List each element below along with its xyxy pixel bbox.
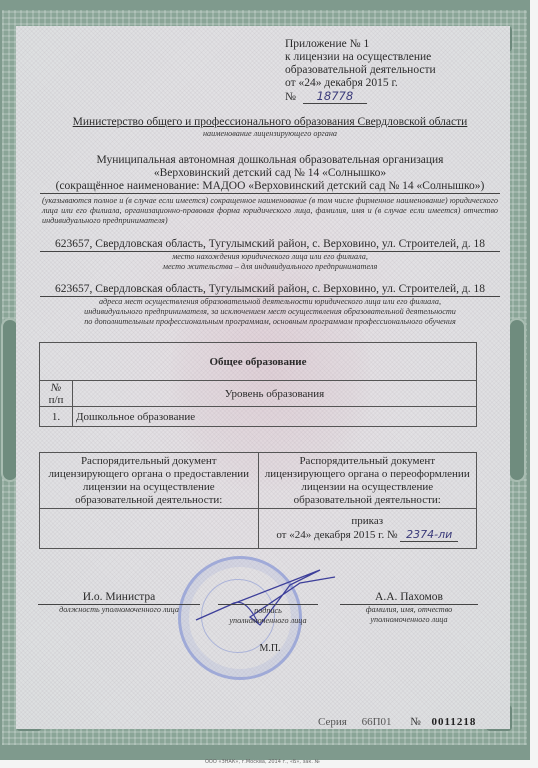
education-table: Общее образование № п/п Уровень образова… [39, 342, 477, 427]
authority-caption: наименование лицензирующего органа [40, 129, 500, 139]
authority-block: Министерство общего и профессионального … [40, 116, 500, 139]
series-block: Серия 66П01 № 0011218 [318, 716, 476, 728]
name-block: А.А. Пахомов фамилия, имя, отчество упол… [340, 591, 478, 625]
grant-document-value [40, 509, 259, 549]
appendix-date: от «24» декабря 2015 г. [285, 77, 485, 90]
print-footer: ООО «ЗНАК», г.Москва, 2014 г., «Б», зак.… [205, 759, 320, 765]
legal-address-value: 623657, Свердловская область, Тугулымски… [40, 238, 500, 252]
activity-address-caption-2: индивидуального предпринимателя, за искл… [40, 307, 500, 317]
reissue-document-type: приказ [262, 515, 474, 528]
activity-address-block: 623657, Свердловская область, Тугулымски… [40, 283, 500, 327]
row-level: Дошкольное образование [73, 407, 477, 427]
name-caption-2: уполномоченного лица [340, 615, 478, 625]
reissue-document-number-handwritten: 2374-ли [400, 528, 458, 542]
legal-address-caption-2: место жительства – для индивидуального п… [40, 262, 500, 272]
column-header-level: Уровень образования [73, 381, 477, 407]
activity-address-caption-3: по дополнительным профессиональным прогр… [40, 317, 500, 327]
organization-block: Муниципальная автономная дошкольная обра… [40, 154, 500, 194]
appendix-line-1: Приложение № 1 [285, 38, 485, 51]
series-value: 66П01 [362, 716, 392, 728]
signature-caption-1: подпись [218, 606, 318, 616]
seal-label: М.П. [240, 643, 300, 654]
reissue-document-header: Распорядительный документ лицензирующего… [258, 453, 477, 509]
signature-caption-2: уполномоченного лица [218, 616, 318, 626]
appendix-number-row: № 18778 [285, 90, 485, 104]
organization-caption: (указываются полное и (в случае если име… [42, 196, 498, 226]
side-ornament-right [510, 320, 524, 480]
series-number-value: 0011218 [432, 716, 477, 728]
authority-name: Министерство общего и профессионального … [40, 116, 500, 129]
side-ornament-left [3, 320, 17, 480]
appendix-line-3: образовательной деятельности [285, 64, 485, 77]
appendix-number-handwritten: 18778 [303, 90, 367, 104]
appendix-header: Приложение № 1 к лицензии на осуществлен… [285, 38, 485, 104]
organization-name-quoted: «Верховинский детский сад № 14 «Солнышко… [40, 167, 500, 180]
activity-address-caption-1: адреса мест осуществления образовательно… [40, 297, 500, 307]
documents-table: Распорядительный документ лицензирующего… [39, 452, 477, 549]
position-caption: должность уполномоченного лица [38, 605, 200, 615]
grant-document-header: Распорядительный документ лицензирующего… [40, 453, 259, 509]
column-header-number: № п/п [40, 381, 73, 407]
reissue-document-date: от «24» декабря 2015 г. № [276, 529, 397, 541]
row-number: 1. [40, 407, 73, 427]
legal-address-block: 623657, Свердловская область, Тугулымски… [40, 238, 500, 272]
reissue-document-value: приказ от «24» декабря 2015 г. № 2374-ли [258, 509, 477, 549]
organization-short-name: (сокращённое наименование: МАДОО «Верхов… [40, 180, 500, 194]
signature-block: подпись уполномоченного лица [218, 604, 318, 626]
organization-full-name: Муниципальная автономная дошкольная обра… [40, 154, 500, 167]
position-value: И.о. Министра [38, 591, 200, 605]
series-number-label: № [410, 716, 421, 728]
position-block: И.о. Министра должность уполномоченного … [38, 591, 200, 615]
table-row: 1. Дошкольное образование [40, 407, 477, 427]
name-caption-1: фамилия, имя, отчество [340, 605, 478, 615]
name-value: А.А. Пахомов [340, 591, 478, 605]
appendix-number-label: № [285, 91, 296, 103]
series-label: Серия [318, 716, 347, 728]
appendix-line-2: к лицензии на осуществление [285, 51, 485, 64]
legal-address-caption-1: место нахождения юридического лица или е… [40, 252, 500, 262]
activity-address-value: 623657, Свердловская область, Тугулымски… [40, 283, 500, 297]
education-table-title: Общее образование [40, 343, 477, 381]
